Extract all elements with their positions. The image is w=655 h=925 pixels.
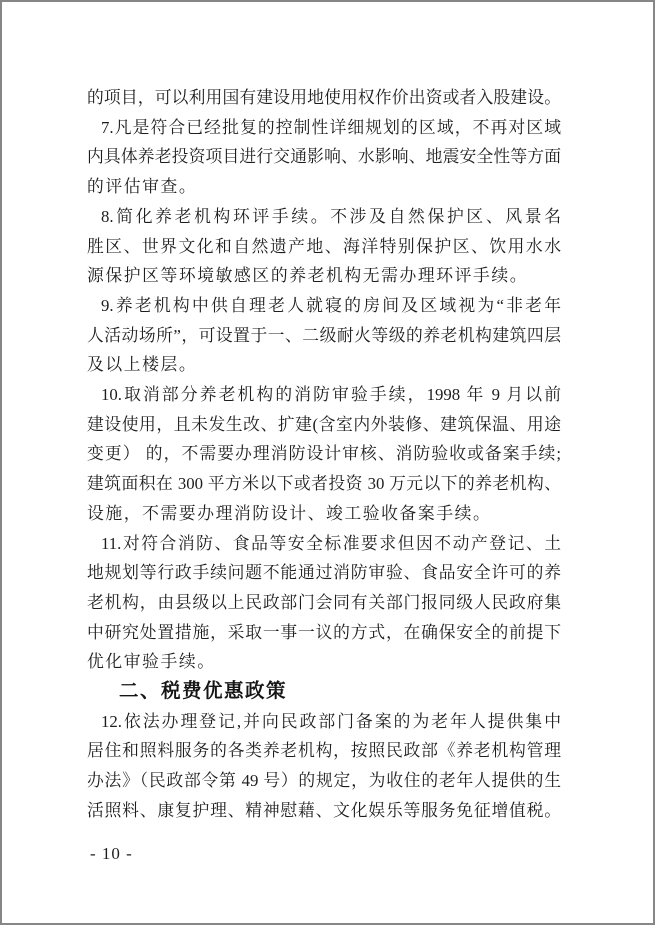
text-line: 的项目，可以利用国有建设用地使用权作价出资或者入股建设。 bbox=[87, 83, 561, 113]
document-page: 的项目，可以利用国有建设用地使用权作价出资或者入股建设。7.凡是符合已经批复的控… bbox=[0, 0, 655, 925]
text-line: 优化审验手续。 bbox=[87, 647, 561, 677]
text-line: 建筑面积在 300 平方米以下或者投资 30 万元以下的养老机构、 bbox=[87, 469, 561, 499]
text-line: 老机构，由县级以上民政部门会同有关部门报同级人民政府集 bbox=[87, 588, 561, 618]
text-line: 及以上楼层。 bbox=[87, 350, 561, 380]
text-line: 变更） 的，不需要办理消防设计审核、消防验收或备案手续; bbox=[87, 439, 561, 469]
text-line: 10.取消部分养老机构的消防审验手续，1998 年 9 月以前 bbox=[87, 380, 561, 410]
text-line: 胜区、世界文化和自然遗产地、海洋特别保护区、饮用水水 bbox=[87, 232, 561, 262]
text-line: 的评估审查。 bbox=[87, 172, 561, 202]
document-text-block: 的项目，可以利用国有建设用地使用权作价出资或者入股建设。7.凡是符合已经批复的控… bbox=[87, 83, 561, 826]
text-line: 12.依法办理登记,并向民政部门备案的为老年人提供集中 bbox=[87, 707, 561, 737]
text-line: 办法》（民政部令第 49 号）的规定，为收住的老年人提供的生 bbox=[87, 766, 561, 796]
text-line: 活照料、康复护理、精神慰藉、文化娱乐等服务免征增值税。 bbox=[87, 796, 561, 826]
text-line: 中研究处置措施，采取一事一议的方式，在确保安全的前提下 bbox=[87, 618, 561, 648]
page-number-label: - 10 - bbox=[90, 844, 133, 864]
text-line: 11.对符合消防、食品等安全标准要求但因不动产登记、土 bbox=[87, 529, 561, 559]
text-line: 8.简化养老机构环评手续。不涉及自然保护区、风景名 bbox=[87, 202, 561, 232]
text-line: 9.养老机构中供自理老人就寝的房间及区域视为“非老年 bbox=[87, 291, 561, 321]
section-heading: 二、税费优惠政策 bbox=[87, 677, 561, 707]
text-line: 源保护区等环境敏感区的养老机构无需办理环评手续。 bbox=[87, 261, 561, 291]
text-line: 地规划等行政手续问题不能通过消防审验、食品安全许可的养 bbox=[87, 558, 561, 588]
text-line: 设施，不需要办理消防设计、竣工验收备案手续。 bbox=[87, 499, 561, 529]
text-line: 居住和照料服务的各类养老机构，按照民政部《养老机构管理 bbox=[87, 736, 561, 766]
text-line: 7.凡是符合已经批复的控制性详细规划的区域，不再对区域 bbox=[87, 113, 561, 143]
text-line: 建设使用，且未发生改、扩建(含室内外装修、建筑保温、用途 bbox=[87, 410, 561, 440]
text-line: 人活动场所”，可设置于一、二级耐火等级的养老机构建筑四层 bbox=[87, 321, 561, 351]
text-line: 内具体养老投资项目进行交通影响、水影响、地震安全性等方面 bbox=[87, 142, 561, 172]
